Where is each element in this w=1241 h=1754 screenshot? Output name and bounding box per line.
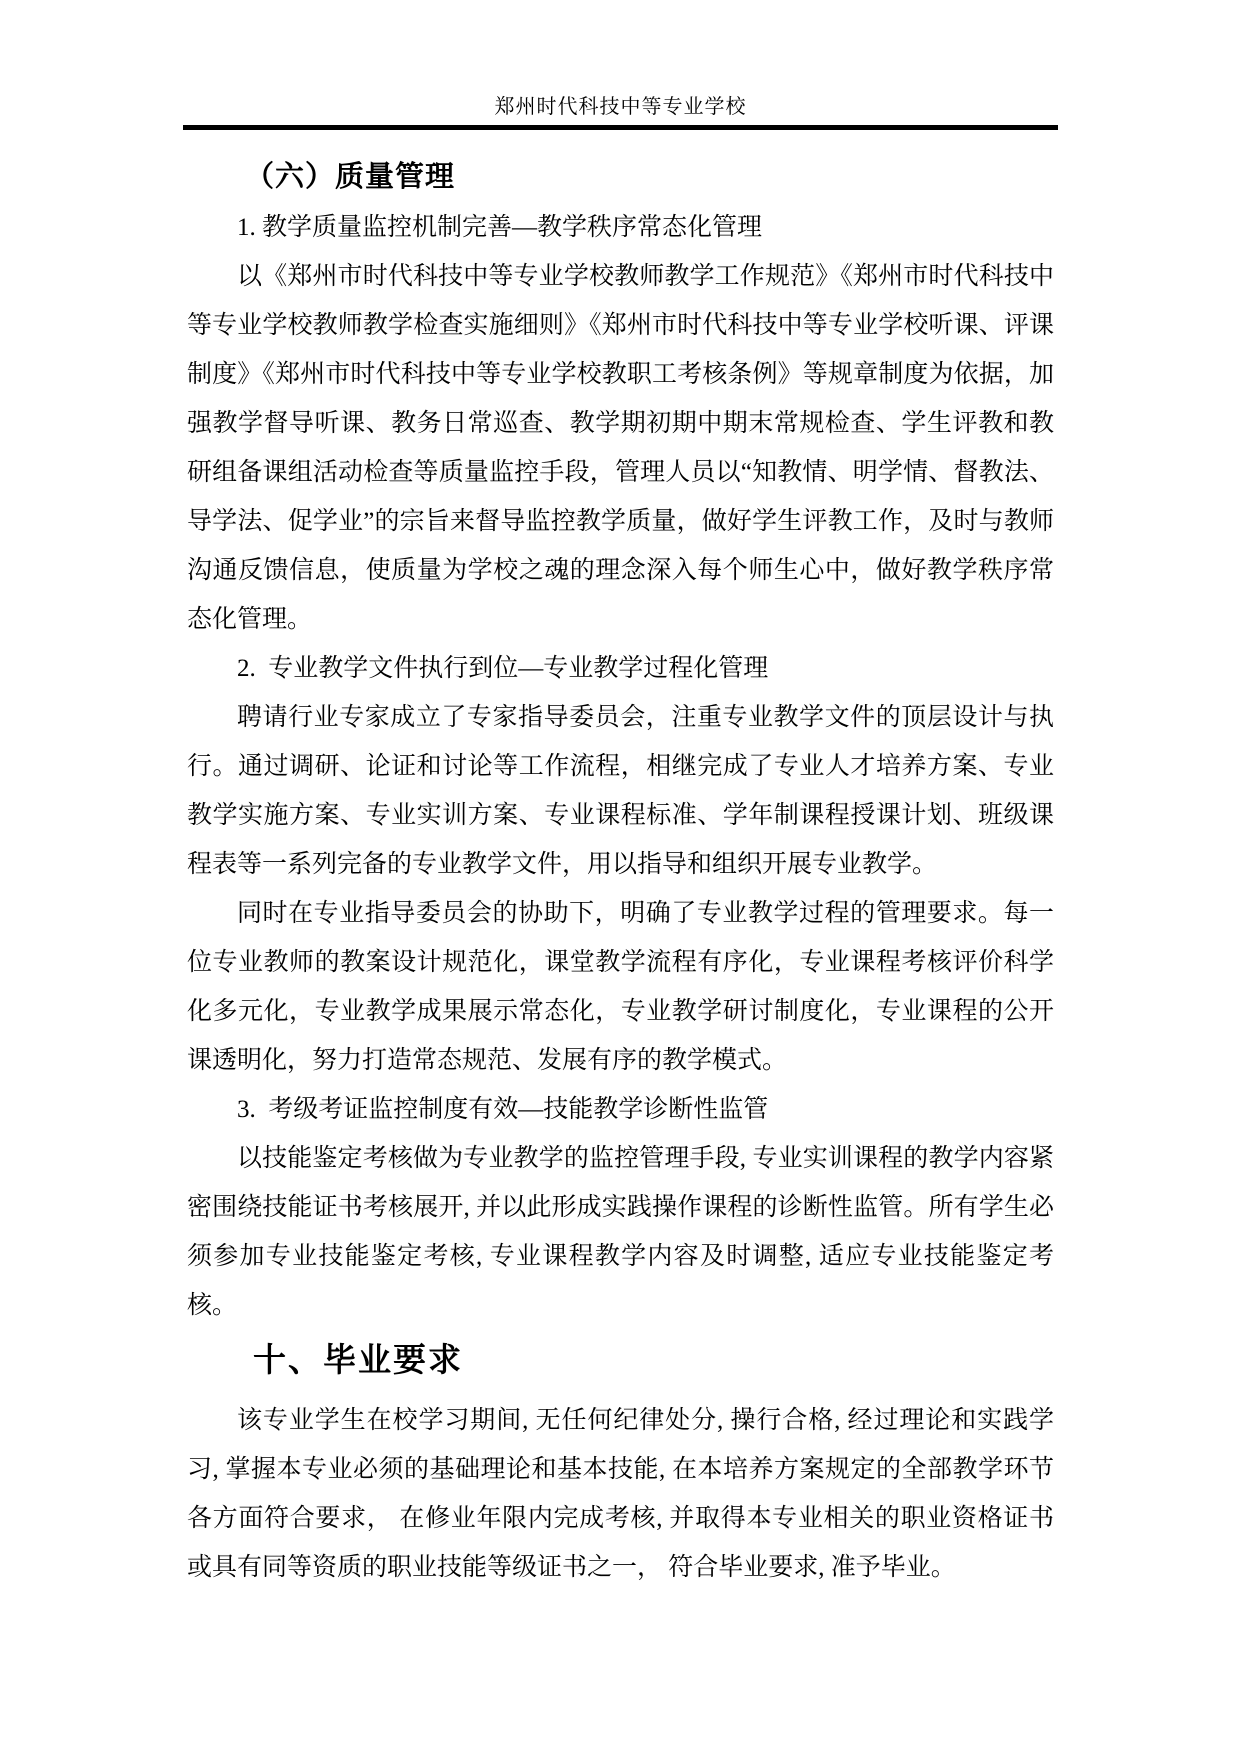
document-page: 郑州时代科技中等专业学校 （六）质量管理 1. 教学质量监控机制完善—教学秩序常…: [0, 0, 1241, 1754]
school-name: 郑州时代科技中等专业学校: [183, 96, 1058, 130]
page-body: （六）质量管理 1. 教学质量监控机制完善—教学秩序常态化管理 以《郑州市时代科…: [187, 160, 1054, 1592]
section-heading-graduation-requirements: 十、毕业要求: [187, 1338, 1054, 1382]
paragraph-teaching-quality-monitoring: 以《郑州市时代科技中等专业学校教师教学工作规范》《郑州市时代科技中等专业学校教师…: [187, 252, 1054, 644]
page-header: 郑州时代科技中等专业学校: [183, 0, 1058, 130]
paragraph-graduation-requirements: 该专业学生在校学习期间, 无任何纪律处分, 操行合格, 经过理论和实践学习, 掌…: [187, 1396, 1054, 1592]
subheading-teaching-document-execution: 2. 专业教学文件执行到位—专业教学过程化管理: [187, 644, 1054, 693]
paragraph-teaching-document-execution-2: 同时在专业指导委员会的协助下，明确了专业教学过程的管理要求。每一位专业教师的教案…: [187, 889, 1054, 1085]
paragraph-teaching-document-execution-1: 聘请行业专家成立了专家指导委员会，注重专业教学文件的顶层设计与执行。通过调研、论…: [187, 693, 1054, 889]
subheading-exam-certificate-monitoring: 3. 考级考证监控制度有效—技能教学诊断性监管: [187, 1085, 1054, 1134]
paragraph-exam-certificate-monitoring: 以技能鉴定考核做为专业教学的监控管理手段, 专业实训课程的教学内容紧密围绕技能证…: [187, 1134, 1054, 1330]
subheading-teaching-quality-monitoring: 1. 教学质量监控机制完善—教学秩序常态化管理: [187, 203, 1054, 252]
section-heading-quality-management: （六）质量管理: [187, 160, 1054, 194]
